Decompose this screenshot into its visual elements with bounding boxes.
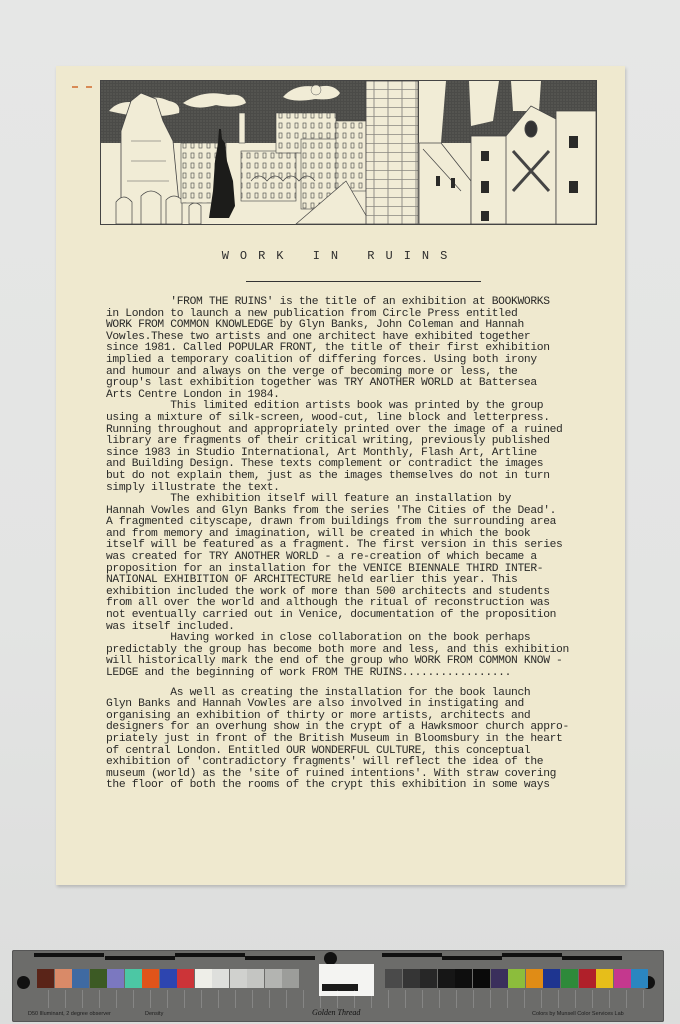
color-swatch (491, 969, 508, 988)
scale-bar (382, 953, 442, 957)
text-line: priately just in front of the British Mu… (106, 734, 626, 746)
vendor-label: Colors by Munsell Color Services Lab (532, 1011, 624, 1017)
color-swatch (526, 969, 543, 988)
color-swatch (420, 969, 437, 988)
color-checker-target: D50 Illuminant, 2 degree observer Densit… (12, 950, 664, 1022)
colorimetric-values (32, 990, 652, 1008)
scale-bar (175, 953, 245, 957)
color-swatch (455, 969, 472, 988)
color-swatch (125, 969, 142, 988)
color-swatch (265, 969, 282, 988)
density-label: Density (145, 1011, 163, 1017)
color-swatch (596, 969, 613, 988)
text-line: was created for TRY ANOTHER WORLD - a re… (106, 552, 626, 564)
text-line: not eventually carried out in Venice, do… (106, 610, 626, 622)
text-line: group's last exhibition together was TRY… (106, 378, 626, 390)
color-swatch (282, 969, 299, 988)
color-swatch (55, 969, 72, 988)
cityscape-drawing (101, 81, 596, 224)
brand-logo: Golden Thread (312, 1008, 360, 1017)
text-line: but do not explain them, just as the ima… (106, 471, 626, 483)
document-body: 'FROM THE RUINS' is the title of an exhi… (106, 297, 626, 792)
color-swatch (230, 969, 247, 988)
color-swatch (160, 969, 177, 988)
color-swatch (142, 969, 159, 988)
illuminant-label: D50 Illuminant, 2 degree observer (28, 1011, 111, 1017)
color-swatch (508, 969, 525, 988)
text-line: LEDGE and the beginning of work FROM THE… (106, 668, 626, 680)
scale-bar (502, 953, 562, 957)
color-swatch (37, 969, 54, 988)
color-swatch (90, 969, 107, 988)
document-title: WORK IN RUINS (0, 249, 680, 263)
text-line: The exhibition itself will feature an in… (106, 494, 626, 506)
scale-bar (442, 956, 502, 960)
text-line: using a mixture of silk-screen, wood-cut… (106, 413, 626, 425)
scale-bar (245, 956, 315, 960)
text-line: 'FROM THE RUINS' is the title of an exhi… (106, 297, 626, 309)
text-line: library are fragments of their critical … (106, 436, 626, 448)
color-swatch (473, 969, 490, 988)
color-swatch (107, 969, 124, 988)
color-swatch (403, 969, 420, 988)
color-swatch (438, 969, 455, 988)
color-swatch (385, 969, 402, 988)
color-swatch (561, 969, 578, 988)
cityscape-illustration (100, 80, 597, 225)
color-swatch (72, 969, 89, 988)
color-swatch (579, 969, 596, 988)
text-line: exhibition of 'contradictory fragments' … (106, 757, 626, 769)
title-underline (246, 281, 481, 282)
color-swatch (247, 969, 264, 988)
color-swatch (614, 969, 631, 988)
text-line: implied a temporary coalition of differi… (106, 355, 626, 367)
paper-mark (86, 86, 92, 88)
color-swatch (212, 969, 229, 988)
scale-bar (562, 956, 622, 960)
color-swatch (631, 969, 648, 988)
color-swatch (195, 969, 212, 988)
color-swatch (177, 969, 194, 988)
color-swatch (543, 969, 560, 988)
text-line: the floor of both the rooms of the crypt… (106, 780, 626, 792)
scale-bar (34, 953, 104, 957)
paper-mark (72, 86, 78, 88)
scale-bar (105, 956, 175, 960)
mounting-hole (17, 976, 30, 989)
